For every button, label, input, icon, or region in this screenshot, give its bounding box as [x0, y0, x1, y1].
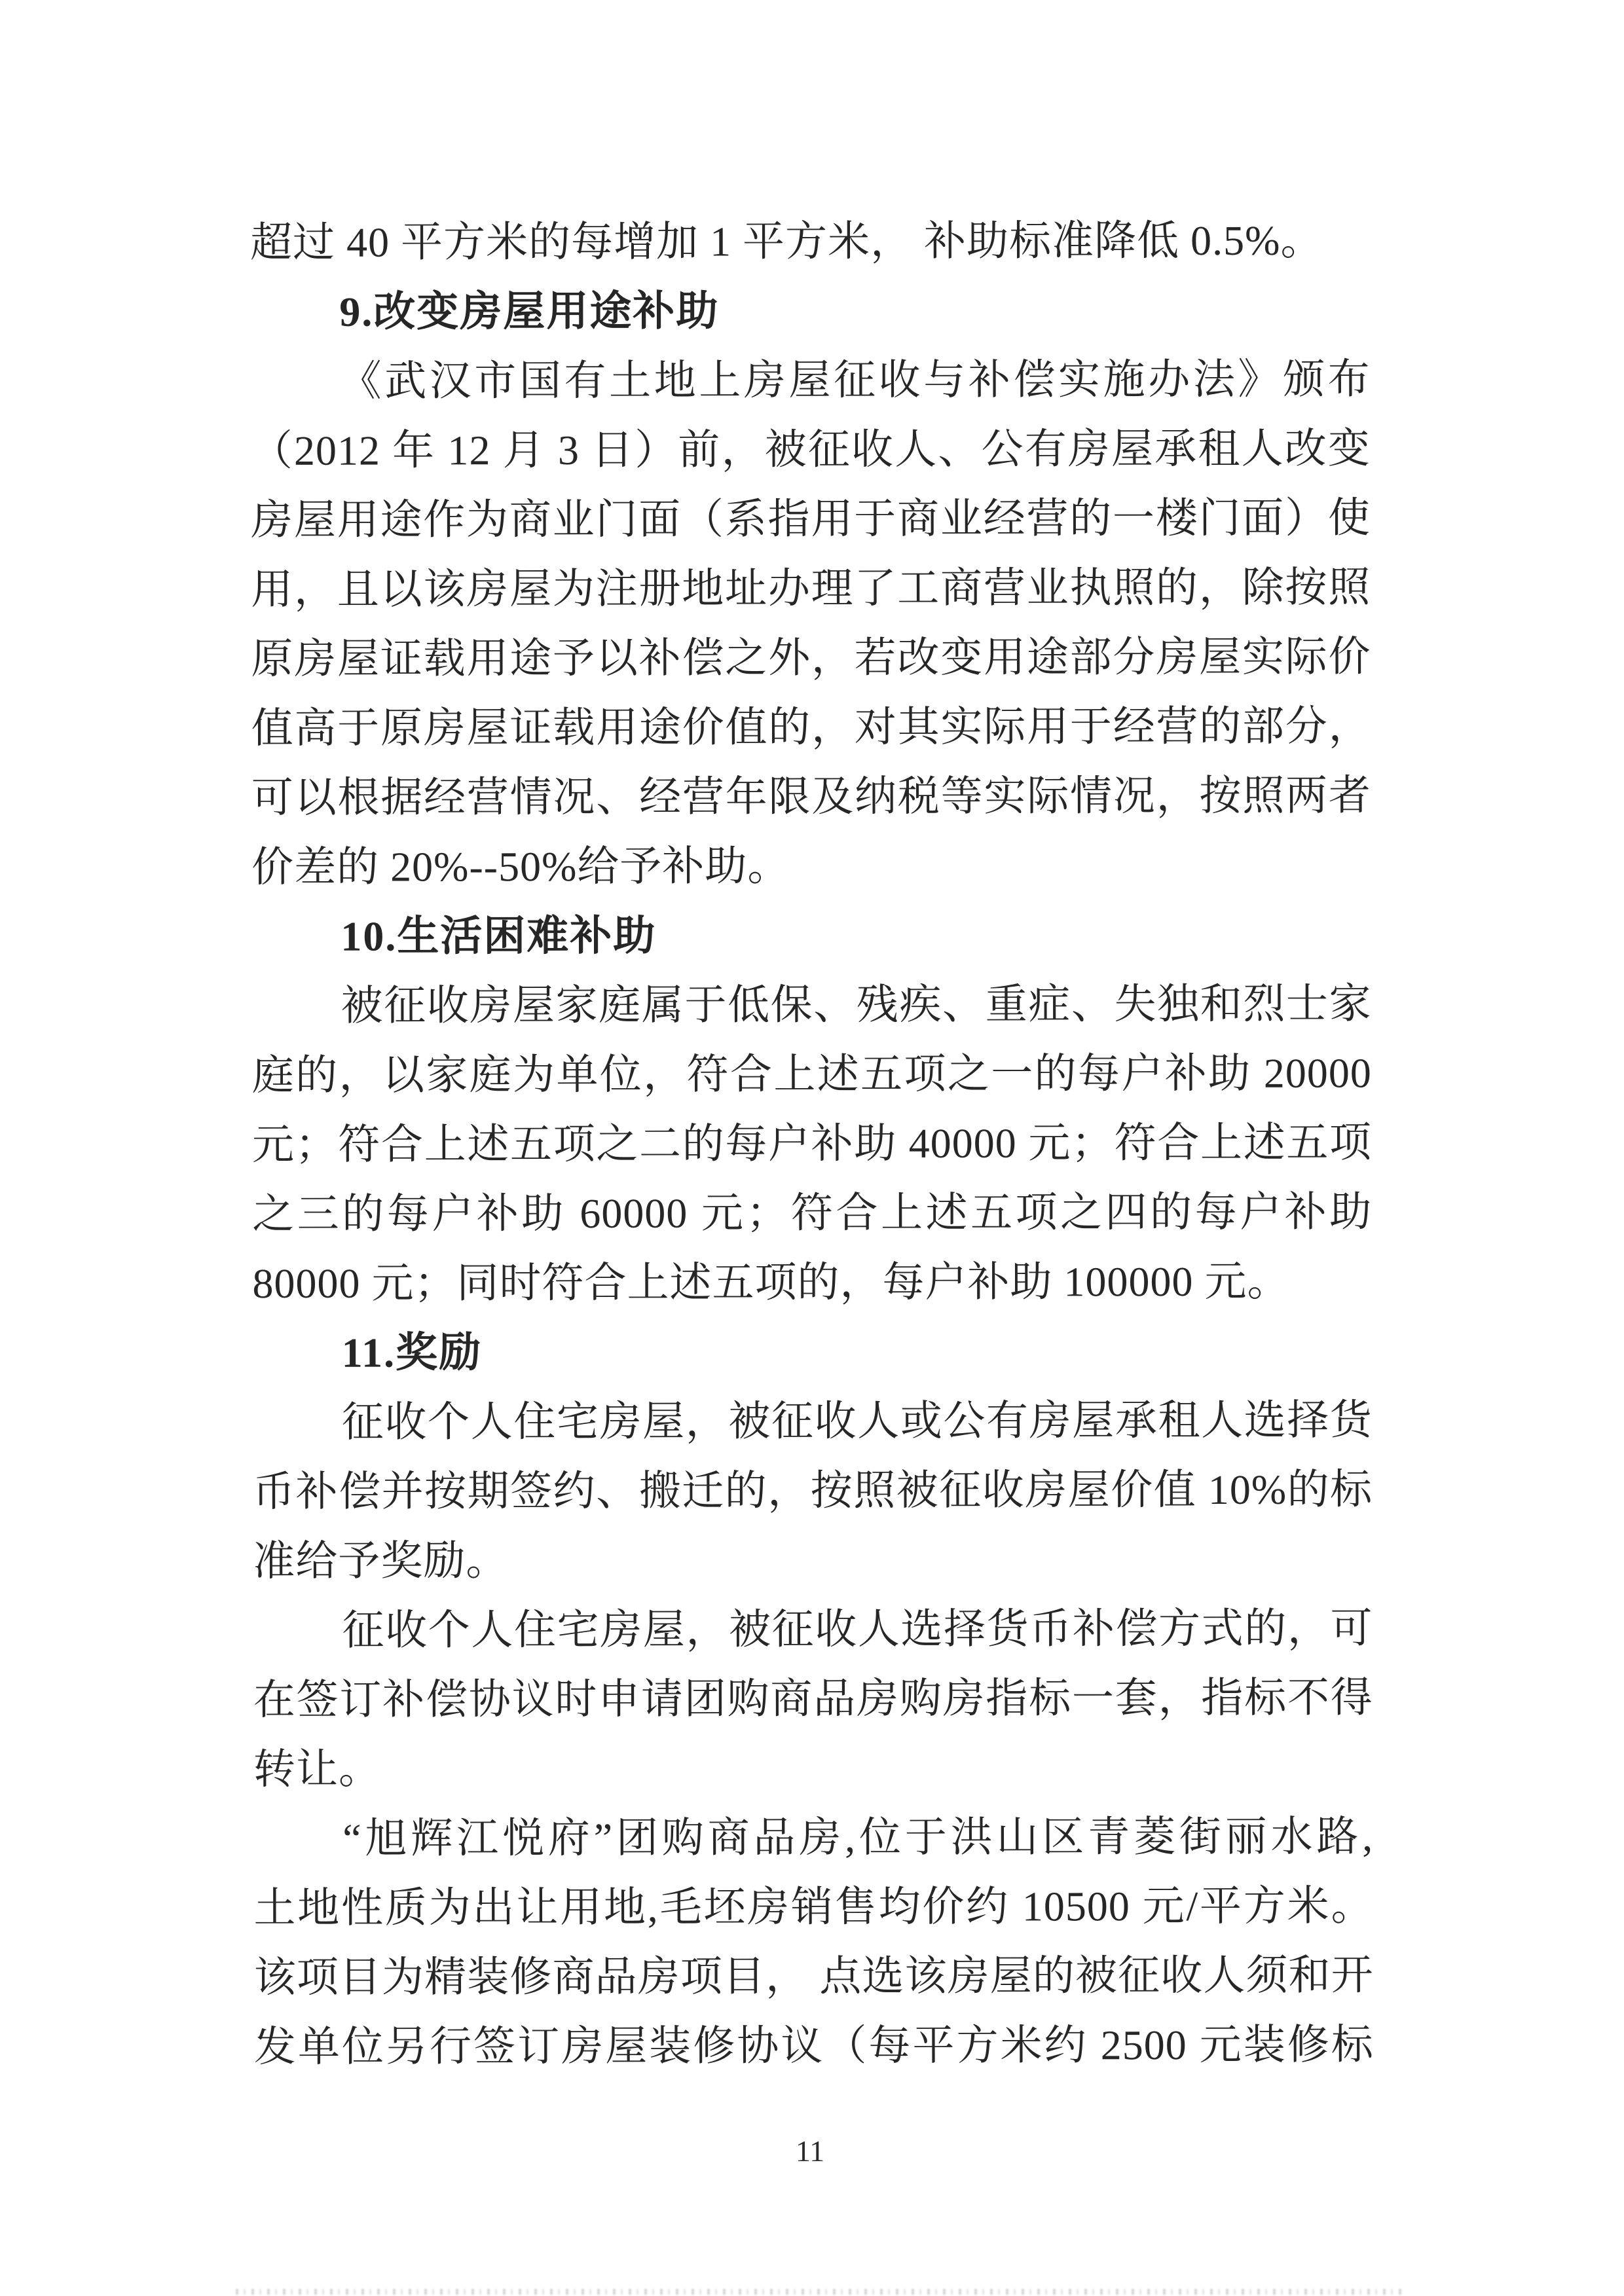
- text-line: 庭的，以家庭为单位，符合上述五项之一的每户补助 20000: [252, 1038, 1372, 1110]
- text-line: 准给予奖励。: [253, 1524, 1373, 1596]
- section-heading: 9.改变房屋用途补助: [250, 275, 1370, 347]
- text-line: 在签订补偿协议时申请团购商品房购房指标一套，指标不得: [253, 1663, 1373, 1735]
- text-line: 之三的每户补助 60000 元；符合上述五项之四的每户补助: [252, 1177, 1372, 1249]
- section-heading: 11.奖励: [253, 1316, 1373, 1388]
- text-line: 土地性质为出让用地,毛坯房销售均价约 10500 元/平方米。: [253, 1871, 1373, 1943]
- scan-edge-artifact: [236, 2289, 1401, 2295]
- text-block: 超过 40 平方米的每增加 1 平方米， 补助标准降低 0.5%。 9.改变房屋…: [250, 206, 1374, 2082]
- text-line: 80000 元；同时符合上述五项的，每户补助 100000 元。: [252, 1247, 1372, 1319]
- text-line: 该项目为精装修商品房项目， 点选该房屋的被征收人须和开: [254, 1941, 1374, 2013]
- text-line: 征收个人住宅房屋，被征收人或公有房屋承租人选择货: [253, 1385, 1373, 1457]
- text-line: 元；符合上述五项之二的每户补助 40000 元；符合上述五项: [252, 1108, 1372, 1180]
- text-line: 《武汉市国有土地上房屋征收与补偿实施办法》颁布: [250, 344, 1370, 416]
- document-page: 超过 40 平方米的每增加 1 平方米， 补助标准降低 0.5%。 9.改变房屋…: [0, 0, 1624, 2296]
- text-line: 币补偿并按期签约、搬迁的，按照被征收房屋价值 10%的标: [253, 1455, 1373, 1527]
- text-line: 原房屋证载用途予以补偿之外，若改变用途部分房屋实际价: [251, 622, 1371, 694]
- text-line: 房屋用途作为商业门面（系指用于商业经营的一楼门面）使: [251, 483, 1371, 555]
- page-number: 11: [250, 2132, 1370, 2171]
- text-line: 用，且以该房屋为注册地址办理了工商营业执照的，除按照: [251, 553, 1371, 625]
- text-line: （2012 年 12 月 3 日）前，被征收人、公有房屋承租人改变: [251, 414, 1371, 486]
- text-line: 发单位另行签订房屋装修协议（每平方米约 2500 元装修标: [254, 2010, 1374, 2082]
- text-line: 值高于原房屋证载用途价值的，对其实际用于经营的部分，: [251, 691, 1371, 763]
- text-line: 征收个人住宅房屋，被征收人选择货币补偿方式的，可: [253, 1594, 1373, 1666]
- section-heading: 10.生活困难补助: [251, 900, 1371, 972]
- text-line: 被征收房屋家庭属于低保、残疾、重症、失独和烈士家: [251, 969, 1371, 1041]
- text-line: 超过 40 平方米的每增加 1 平方米， 补助标准降低 0.5%。: [250, 206, 1370, 278]
- text-line: 转让。: [253, 1732, 1373, 1804]
- text-line: 价差的 20%--50%给予补助。: [251, 830, 1371, 902]
- text-line: “旭辉江悦府”团购商品房,位于洪山区青菱街丽水路,: [253, 1802, 1373, 1874]
- text-line: 可以根据经营情况、经营年限及纳税等实际情况，按照两者: [251, 761, 1371, 833]
